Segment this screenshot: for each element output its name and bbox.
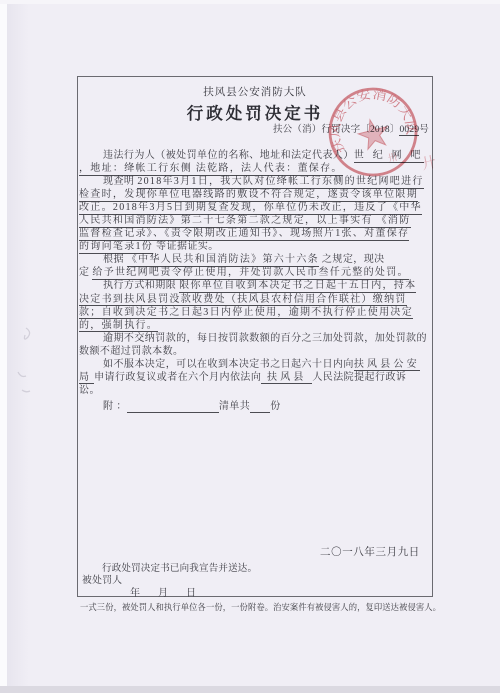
form-text: 附 ： bbox=[103, 401, 127, 412]
filled-in-text: 改正。2018年3月5日到期复查发现，你单位仍未改正，违反了《中华 bbox=[79, 202, 422, 215]
filled-in-text: ，地址：绛帐工行东侧 法乾路，法人代表：董保存。 bbox=[79, 163, 343, 176]
body-line: 数额不超过罚款本数。 bbox=[79, 345, 434, 358]
seal-star-icon bbox=[356, 116, 391, 150]
body-lines: 违法行为人（被处罚单位的名称、地址和法定代表人）世 纪 网 吧，地址：绛帐工行东… bbox=[79, 149, 434, 413]
body-line: 如不服本决定，可以在收到本决定书之日起六十日内向扶风县公安 bbox=[79, 358, 434, 371]
body-line: 的，强制执行。 bbox=[79, 319, 434, 332]
form-text: 人民法院提起行政诉 bbox=[312, 372, 406, 383]
filled-in-text: 人民共和国消防法》第二十七条第二款之规定，以上事实有 《消防 bbox=[79, 215, 411, 228]
body-line: 讼。 bbox=[79, 384, 434, 397]
copies-note: 一式三份，被处罚人和执行单位各一份，一份附卷。治安案件有被侵害人的，复印送达被侵… bbox=[80, 601, 452, 613]
body-line: 逾期不交纳罚款的，每日按罚款数额的百分之三加处罚款，加处罚款的 bbox=[79, 332, 434, 345]
form-text: 定 bbox=[79, 267, 92, 278]
filled-in-text bbox=[127, 401, 219, 414]
form-text: 逾期不交纳罚款的，每日按罚款数额的百分之三加处罚款，加处罚款的 bbox=[103, 333, 427, 344]
form-text: 根据 bbox=[103, 254, 127, 265]
service-acknowledgement: 行政处罚决定书已向我宣告并送达。 bbox=[102, 560, 257, 574]
form-text: 如不服本决定，可以在收到本决定书之日起六十日内向 bbox=[103, 359, 354, 370]
form-text: 执行方式和期限 bbox=[103, 280, 179, 291]
filled-in-text: 扶风县公安 bbox=[354, 359, 420, 372]
form-text: 现查明 bbox=[103, 176, 137, 187]
form-text: 份 bbox=[270, 401, 280, 412]
scan-edge-bottom bbox=[0, 686, 500, 693]
form-text: 讼。 bbox=[79, 385, 100, 396]
form-text: 违法行为人（被处罚单位的名称、地址和法定代表人） bbox=[103, 150, 354, 161]
filled-in-text: 检查时，发现你单位电器线路的敷设不符合规定，遂责令该单位限期 bbox=[79, 189, 418, 202]
body-line: 局 申请行政复议或者在六个月内依法向 扶风县 人民法院提起行政诉 bbox=[79, 371, 434, 384]
body-line: 根据 《中华人民共和国消防法》第六十六条 之规定，现决 bbox=[79, 253, 434, 266]
filled-in-text: 决定书到扶风县罚没款收费处（扶风县农村信用合作联社）缴纳罚 bbox=[79, 294, 407, 307]
body-line: 改正。2018年3月5日到期复查发现，你单位仍未改正，违反了《中华 bbox=[79, 201, 434, 214]
form-text: 申请行政复议或者在六个月内依法向 bbox=[94, 372, 261, 383]
signature-date-blank: 年 月 日 bbox=[130, 584, 200, 599]
body-line: 附 ：清单共份 bbox=[79, 400, 434, 413]
filled-in-text: 《中华人民共和国消防法》第六十六条 bbox=[127, 254, 319, 267]
body-line: 决定书到扶风县罚没款收费处（扶风县农村信用合作联社）缴纳罚 bbox=[79, 293, 434, 306]
stamp-smudge-mark: 廾 bbox=[419, 151, 438, 175]
seal-bottom-mark: 卅 bbox=[387, 151, 400, 165]
filled-in-text: 款；自收到决定书之日起3日内停止使用，逾期不执行停止使用决定 bbox=[79, 307, 413, 320]
filled-in-text: 监督检查记录》、《责令限期改正通知书》、现场照片1张、对董保存 bbox=[79, 228, 409, 241]
form-text: 之规定，现决 bbox=[319, 254, 385, 265]
scan-edge-top bbox=[0, 0, 500, 4]
body-line: 执行方式和期限 限你单位自收到本决定书之日起十五日内，持本 bbox=[79, 279, 434, 292]
body-line: 定 给予世纪网吧责令停止使用，并处罚款人民币叁仟元整的处罚。 bbox=[79, 266, 434, 279]
filled-in-text: 扶风县 bbox=[261, 372, 312, 385]
punished-party-label: 被处罚人 bbox=[82, 572, 122, 586]
filled-in-text: 限你单位自收到本决定书之日起十五日内，持本 bbox=[179, 280, 416, 293]
filled-in-text bbox=[250, 401, 270, 414]
form-text: 清单共 bbox=[219, 401, 250, 412]
body-line: 检查时，发现你单位电器线路的敷设不符合规定，遂责令该单位限期 bbox=[79, 188, 434, 201]
filled-in-text: 的，强制执行。 bbox=[79, 320, 158, 333]
body-line: 人民共和国消防法》第二十七条第二款之规定，以上事实有 《消防 bbox=[79, 214, 434, 227]
filled-in-text: 局 bbox=[79, 372, 94, 385]
filled-in-text: 的询问笔录1份 bbox=[79, 241, 153, 254]
scan-edge-left bbox=[0, 0, 7, 693]
decision-date: 二〇一八年三月九日 bbox=[320, 544, 420, 559]
pencil-squiggle bbox=[12, 320, 38, 400]
filled-in-text: 给予世纪网吧责令停止使用，并处罚款人民币叁仟元整的处罚。 bbox=[92, 267, 408, 280]
body-line: 监督检查记录》、《责令限期改正通知书》、现场照片1张、对董保存 bbox=[79, 227, 434, 240]
form-text: 数额不超过罚款本数。 bbox=[79, 346, 184, 357]
body-line: 的询问笔录1份 等证据证实。 bbox=[79, 240, 434, 253]
scanned-penalty-document: 扶风县公安消防大队 行政处罚决定书 扶公（消）行罚决字〔2018〕0029号 违… bbox=[0, 0, 500, 693]
body-line: 款；自收到决定书之日起3日内停止使用，逾期不执行停止使用决定 bbox=[79, 306, 434, 319]
form-text: 等证据证实。 bbox=[153, 241, 219, 252]
